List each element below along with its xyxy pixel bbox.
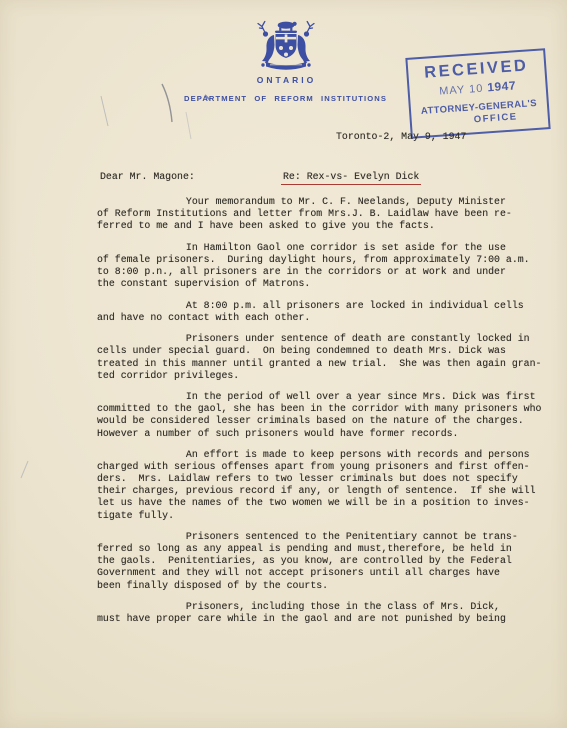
paragraph: Prisoners, including those in the class …	[97, 601, 549, 625]
dateline: Toronto-2, May 9, 1947	[336, 131, 466, 143]
letter-body: Your memorandum to Mr. C. F. Neelands, D…	[97, 196, 549, 635]
received-stamp: RECEIVED MAY 10 1947 ATTORNEY-GENERAL'S …	[405, 48, 550, 139]
paragraph: An effort is made to keep persons with r…	[97, 449, 549, 522]
paragraph: Prisoners under sentence of death are co…	[97, 333, 549, 381]
paragraph: In the period of well over a year since …	[97, 391, 549, 439]
salutation: Dear Mr. Magone:	[100, 171, 195, 183]
paragraph: In Hamilton Gaol one corridor is set asi…	[97, 242, 549, 290]
ontario-coat-of-arms-icon	[252, 15, 320, 72]
stamp-date-year: 1947	[487, 78, 517, 94]
paragraph: Prisoners sentenced to the Penitentiary …	[97, 531, 549, 591]
paragraph: At 8:00 p.m. all prisoners are locked in…	[97, 300, 549, 324]
subject-line: Re: Rex-vs- Evelyn Dick	[281, 171, 421, 185]
letter-page: ONTARIO DEPARTMENT OF REFORM INSTITUTION…	[0, 0, 567, 728]
paragraph: Your memorandum to Mr. C. F. Neelands, D…	[97, 196, 549, 232]
stamp-date-month: MAY 10	[439, 83, 484, 98]
